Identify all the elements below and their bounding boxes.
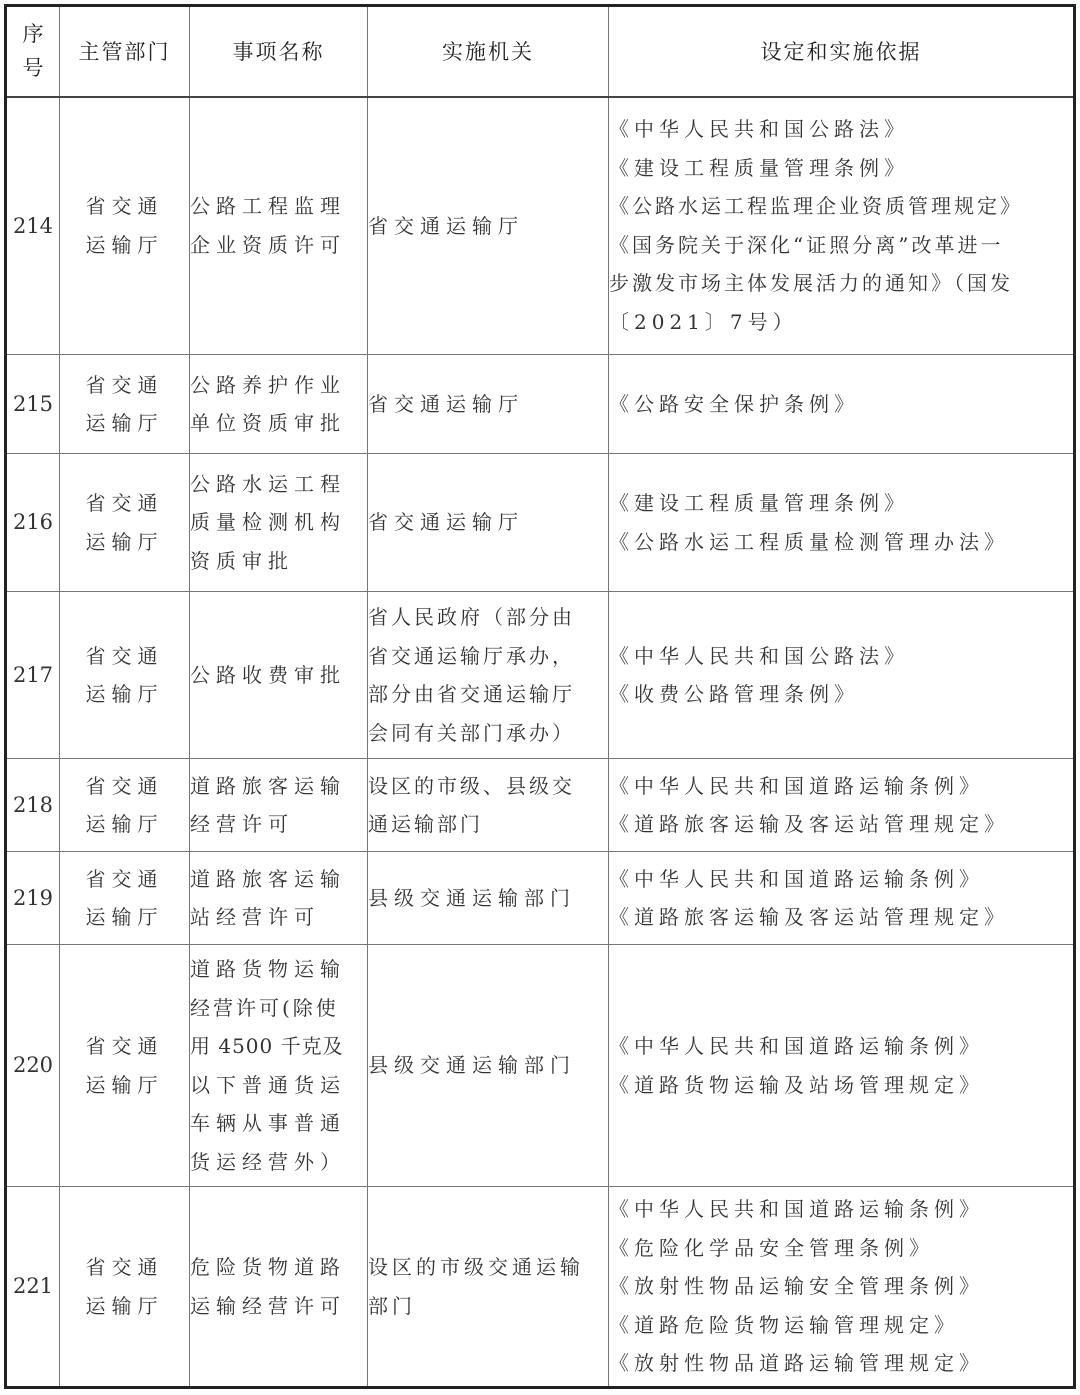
dept-cell: 省交通 运输厅 <box>60 1187 190 1388</box>
table-header-row: 序号 主管部门 事项名称 实施机关 设定和实施依据 <box>6 6 1075 97</box>
dept-cell: 省交通 运输厅 <box>60 759 190 852</box>
implementing-org-cell: 设区的市级、县级交 通运输部门 <box>368 759 609 852</box>
licensing-items-table: 序号 主管部门 事项名称 实施机关 设定和实施依据 214 省交通 运输厅 公路… <box>4 4 1076 1389</box>
implementing-org-cell: 设区的市级交通运输 部门 <box>368 1187 609 1388</box>
header-no-label: 序号 <box>21 17 45 85</box>
header-basis: 设定和实施依据 <box>609 6 1075 97</box>
header-no: 序号 <box>6 6 60 97</box>
item-name-cell: 道路货物运输 经营许可(除使 用 4500 千克及 以下普通货运 车辆从事普通 … <box>190 945 368 1187</box>
table-row: 216 省交通 运输厅 公路水运工程 质量检测机构 资质审批 省交通运输厅 《建… <box>6 454 1075 592</box>
implementing-org-cell: 县级交通运输部门 <box>368 945 609 1187</box>
dept-cell: 省交通 运输厅 <box>60 454 190 592</box>
item-name-cell: 公路工程监理 企业资质许可 <box>190 97 368 355</box>
item-name-cell: 道路旅客运输 经营许可 <box>190 759 368 852</box>
legal-basis-cell: 《公路安全保护条例》 <box>609 355 1075 454</box>
row-number: 218 <box>6 759 60 852</box>
row-number: 215 <box>6 355 60 454</box>
implementing-org-cell: 省交通运输厅 <box>368 454 609 592</box>
legal-basis-cell: 《中华人民共和国公路法》 《收费公路管理条例》 <box>609 592 1075 759</box>
row-number: 221 <box>6 1187 60 1388</box>
dept-cell: 省交通 运输厅 <box>60 97 190 355</box>
table-row: 214 省交通 运输厅 公路工程监理 企业资质许可 省交通运输厅 《中华人民共和… <box>6 97 1075 355</box>
legal-basis-cell: 《中华人民共和国道路运输条例》 《危险化学品安全管理条例》 《放射性物品运输安全… <box>609 1187 1075 1388</box>
header-org: 实施机关 <box>368 6 609 97</box>
table-row: 221 省交通 运输厅 危险货物道路 运输经营许可 设区的市级交通运输 部门 《… <box>6 1187 1075 1388</box>
table-row: 218 省交通 运输厅 道路旅客运输 经营许可 设区的市级、县级交 通运输部门 … <box>6 759 1075 852</box>
implementing-org-cell: 省人民政府（部分由 省交通运输厅承办， 部分由省交通运输厅 会同有关部门承办） <box>368 592 609 759</box>
row-number: 214 <box>6 97 60 355</box>
header-item: 事项名称 <box>190 6 368 97</box>
legal-basis-cell: 《中华人民共和国道路运输条例》 《道路货物运输及站场管理规定》 <box>609 945 1075 1187</box>
implementing-org-cell: 县级交通运输部门 <box>368 852 609 945</box>
row-number: 219 <box>6 852 60 945</box>
row-number: 216 <box>6 454 60 592</box>
item-name-cell: 道路旅客运输 站经营许可 <box>190 852 368 945</box>
dept-cell: 省交通 运输厅 <box>60 852 190 945</box>
legal-basis-cell: 《中华人民共和国公路法》 《建设工程质量管理条例》 《公路水运工程监理企业资质管… <box>609 97 1075 355</box>
item-name-cell: 公路收费审批 <box>190 592 368 759</box>
table-row: 220 省交通 运输厅 道路货物运输 经营许可(除使 用 4500 千克及 以下… <box>6 945 1075 1187</box>
legal-basis-cell: 《中华人民共和国道路运输条例》 《道路旅客运输及客运站管理规定》 <box>609 759 1075 852</box>
legal-basis-cell: 《中华人民共和国道路运输条例》 《道路旅客运输及客运站管理规定》 <box>609 852 1075 945</box>
implementing-org-cell: 省交通运输厅 <box>368 355 609 454</box>
table-row: 219 省交通 运输厅 道路旅客运输 站经营许可 县级交通运输部门 《中华人民共… <box>6 852 1075 945</box>
dept-cell: 省交通 运输厅 <box>60 945 190 1187</box>
table-row: 217 省交通 运输厅 公路收费审批 省人民政府（部分由 省交通运输厅承办， 部… <box>6 592 1075 759</box>
legal-basis-cell: 《建设工程质量管理条例》 《公路水运工程质量检测管理办法》 <box>609 454 1075 592</box>
table-body: 214 省交通 运输厅 公路工程监理 企业资质许可 省交通运输厅 《中华人民共和… <box>6 97 1075 1388</box>
table-row: 215 省交通 运输厅 公路养护作业 单位资质审批 省交通运输厅 《公路安全保护… <box>6 355 1075 454</box>
item-name-cell: 公路水运工程 质量检测机构 资质审批 <box>190 454 368 592</box>
header-dept: 主管部门 <box>60 6 190 97</box>
dept-cell: 省交通 运输厅 <box>60 592 190 759</box>
row-number: 220 <box>6 945 60 1187</box>
item-name-cell: 危险货物道路 运输经营许可 <box>190 1187 368 1388</box>
row-number: 217 <box>6 592 60 759</box>
dept-cell: 省交通 运输厅 <box>60 355 190 454</box>
implementing-org-cell: 省交通运输厅 <box>368 97 609 355</box>
item-name-cell: 公路养护作业 单位资质审批 <box>190 355 368 454</box>
